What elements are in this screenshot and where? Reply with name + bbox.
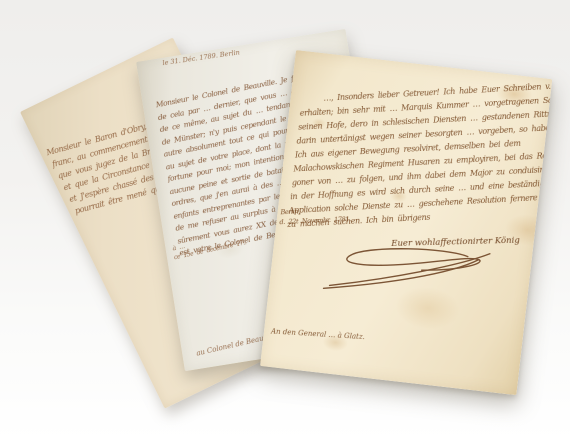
- handwriting-line: d. 22t Novembr. 1781.: [279, 214, 351, 227]
- letter-right: …, Insonders lieber Getreuer! Ich habe E…: [260, 50, 552, 395]
- signature-flourish-icon: [317, 243, 497, 299]
- photo-stage: Monsieur le Baron d'Obry, …franc, au com…: [0, 0, 570, 441]
- letter-middle-docket: au Colonel de Beau…: [196, 333, 272, 358]
- letter-right-address-docket: An den General … à Glatz.: [271, 327, 365, 341]
